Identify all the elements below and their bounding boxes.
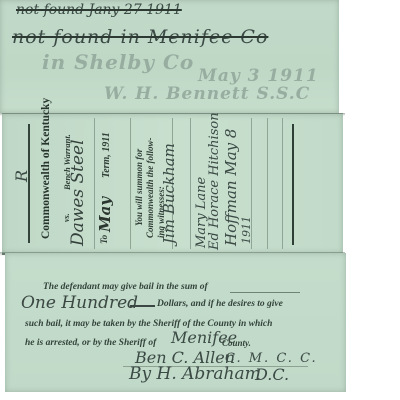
rule-line [28, 124, 30, 243]
witness-4: Hoffman May 8 [222, 129, 240, 246]
note-not-found-jan: not found Jany 27 1911 [16, 2, 182, 18]
term-month: May [96, 197, 114, 232]
bail-line-4-suffix: County. [222, 338, 251, 348]
bail-line-4-prefix: he is arrested, or by the Sheriff of [25, 338, 156, 348]
note-in-shelby-co: in Shelby Co [42, 50, 194, 74]
rule-line [267, 118, 268, 249]
blank-line [230, 292, 300, 293]
note-officer-signature: W. H. Bennett S.S.C [104, 84, 310, 104]
to-label: To [99, 235, 109, 244]
heading-commonwealth: Commonwealth of Kentucky [40, 98, 52, 239]
defendant-name: Dawes Steel [68, 139, 88, 246]
document-middle-panel: R Commonwealth of Kentucky vs. Bench War… [2, 113, 343, 255]
note-date: May 3 1911 [198, 66, 319, 86]
filing-mark: R [12, 170, 31, 182]
term-label: Term, 1911 [101, 132, 112, 178]
rule-line [94, 118, 95, 249]
signature-deputy-title: D.C. [255, 365, 289, 384]
document-bottom-panel: The defendant may give bail in the sum o… [5, 253, 346, 392]
rule-line-heavy [292, 124, 294, 245]
summon-text-2: Commonwealth the follow- [145, 137, 155, 238]
witness-3: Ed Horace Hitchison [207, 112, 222, 250]
blank-line [130, 305, 155, 307]
note-not-found-county: not found in Menifee Co [12, 26, 268, 48]
bail-amount: One Hundred [21, 293, 138, 313]
signature-deputy: By H. Abraham [129, 364, 261, 384]
bail-line-1: The defendant may give bail in the sum o… [43, 282, 208, 292]
bail-line-2: Dollars, and if he desires to give [157, 299, 283, 309]
document-top-panel: not found Jany 27 1911 not found in Meni… [0, 0, 339, 113]
rule-line [130, 118, 131, 249]
summon-text-1: You will summon for [134, 149, 144, 226]
rule-line [190, 118, 191, 249]
witness-1: Jim Buckham [160, 143, 178, 244]
witness-5: 1911 [240, 216, 253, 244]
rule-line [282, 118, 283, 249]
